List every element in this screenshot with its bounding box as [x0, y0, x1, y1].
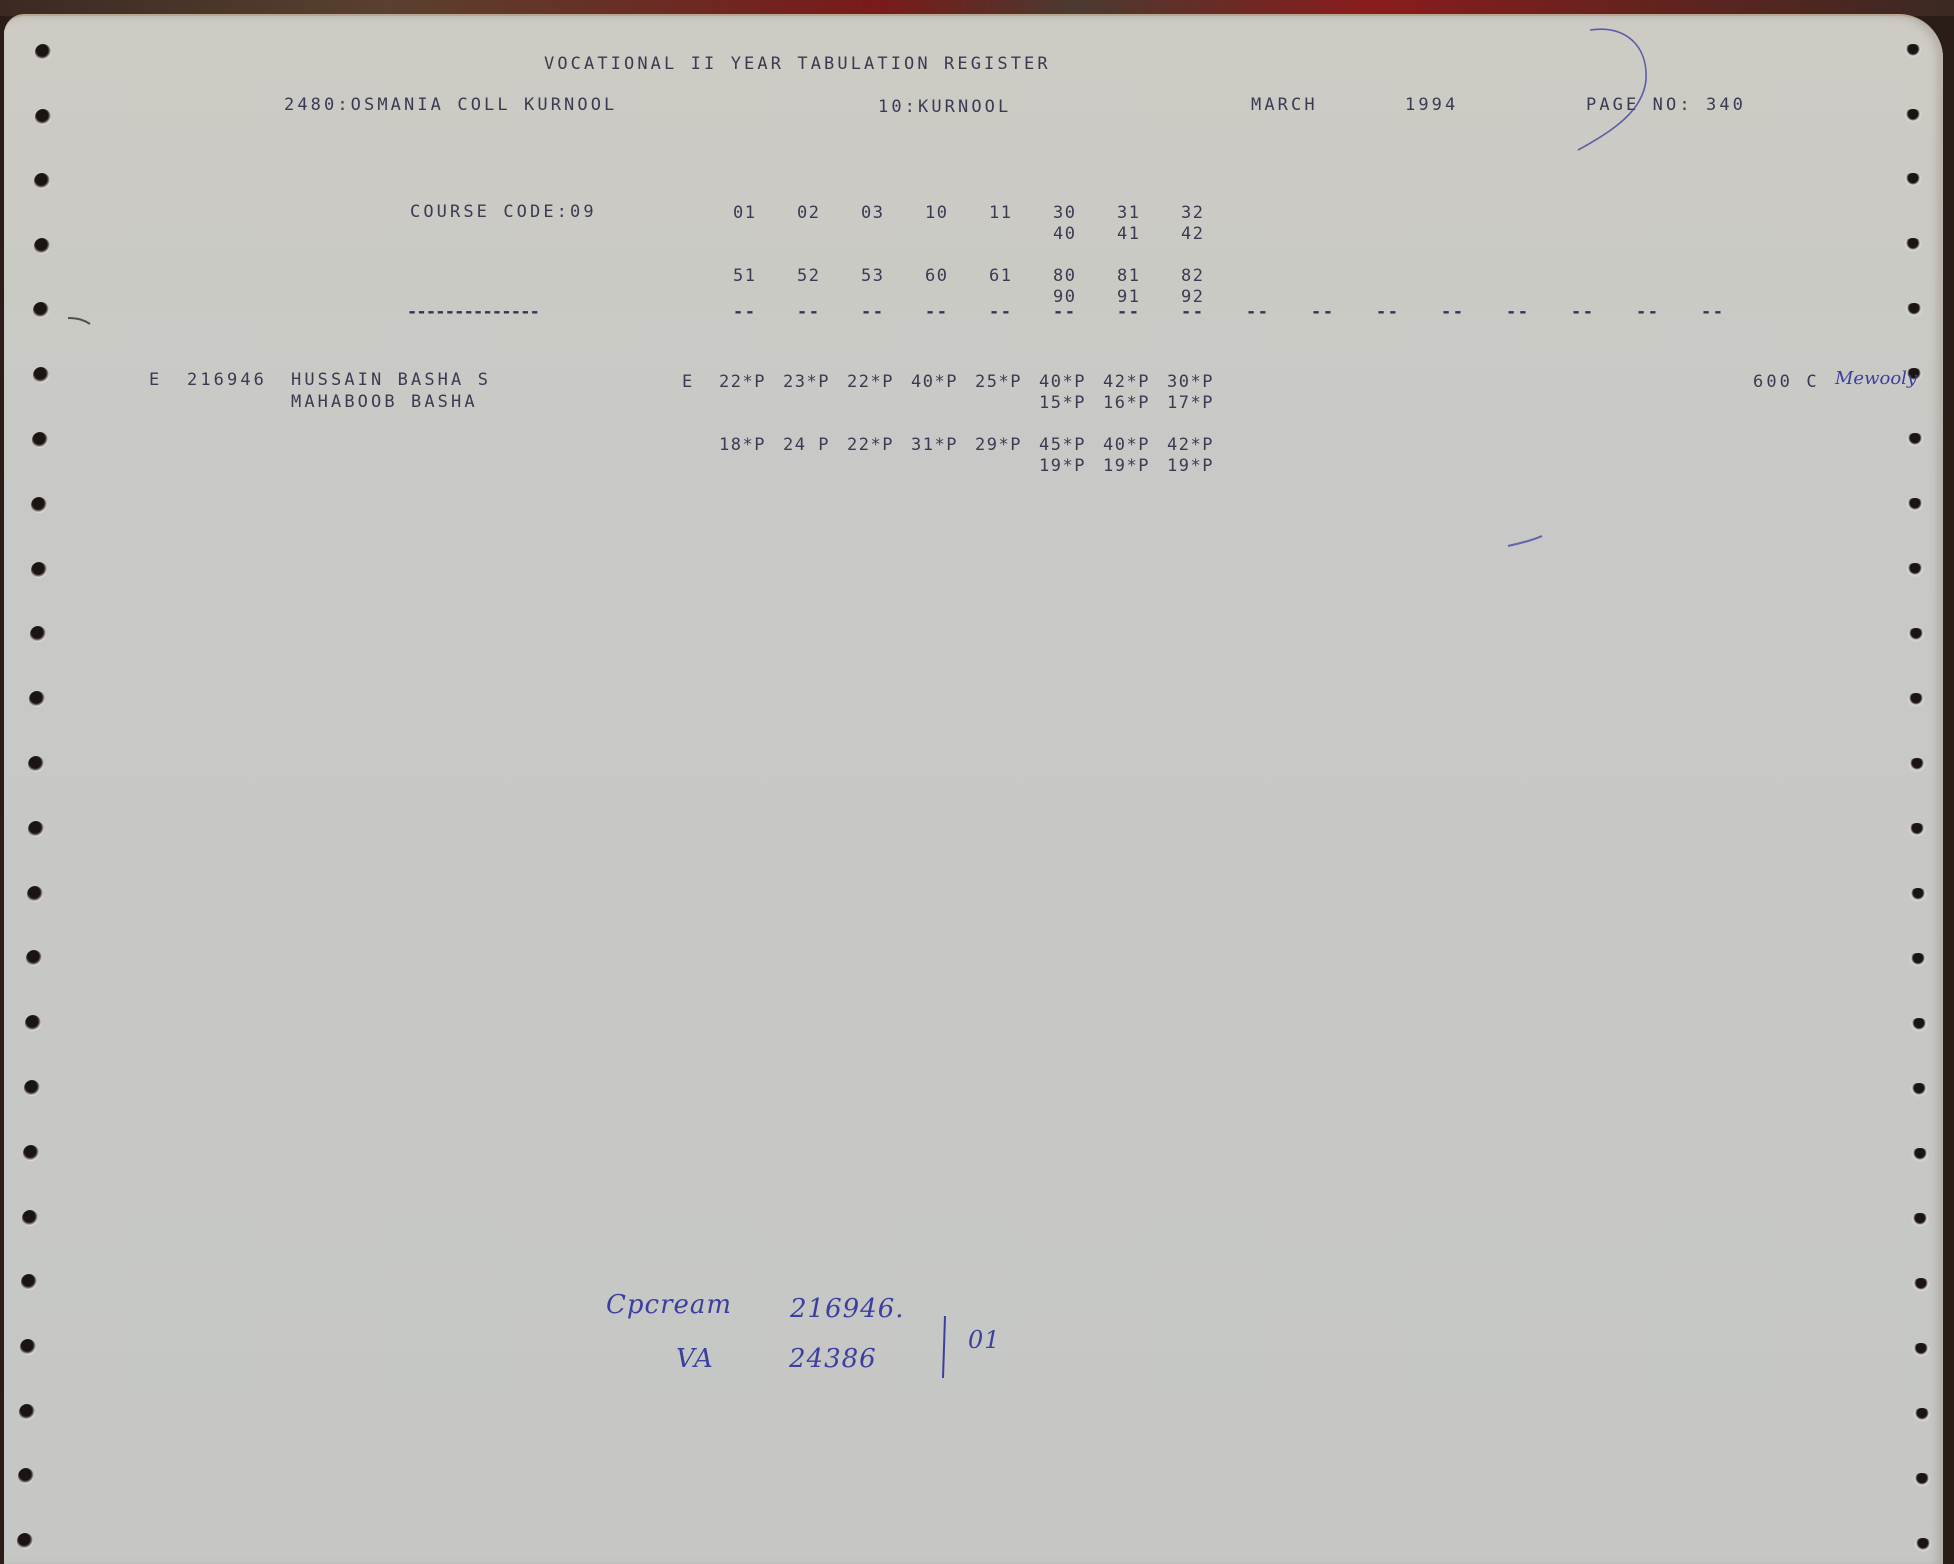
- tractor-hole-icon: [33, 367, 49, 383]
- tractor-hole-icon: [1907, 693, 1925, 707]
- page-number: PAGE NO: 340: [1586, 95, 1746, 115]
- tractor-hole-icon: [1912, 1278, 1930, 1292]
- tractor-hole-icon: [34, 173, 50, 189]
- note-line2-label: VA: [676, 1344, 714, 1374]
- tractor-hole-icon: [30, 626, 46, 642]
- exam-month: MARCH: [1251, 95, 1318, 115]
- tractor-hole-icon: [1904, 109, 1922, 123]
- subject-code: 52: [797, 266, 820, 286]
- subject-mark: 42*P: [1167, 435, 1214, 455]
- tractor-hole-icon: [35, 109, 51, 125]
- tractor-hole-icon: [22, 1210, 38, 1226]
- college-name: 2480:OSMANIA COLL KURNOOL: [284, 95, 617, 115]
- tractor-hole-icon: [1905, 303, 1923, 317]
- tractor-hole-icon: [29, 691, 45, 707]
- subject-mark: 19*P: [1103, 456, 1150, 476]
- subject-code: 11: [989, 203, 1012, 223]
- note-line2-value: 24386: [789, 1344, 877, 1374]
- handwritten-remark: Mewooly: [1835, 368, 1917, 389]
- tractor-hole-icon: [1904, 238, 1922, 252]
- subject-mark: 29*P: [975, 435, 1022, 455]
- subject-code: 53: [861, 266, 884, 286]
- tractor-hole-icon: [1911, 1213, 1929, 1227]
- subject-code: 60: [925, 266, 948, 286]
- tractor-hole-icon: [21, 1274, 37, 1290]
- tractor-hole-icon: [1913, 1408, 1931, 1422]
- subject-mark: 45*P: [1039, 435, 1086, 455]
- subject-mark: 25*P: [975, 372, 1022, 392]
- tractor-hole-icon: [35, 44, 51, 60]
- subject-code: 01: [733, 203, 756, 223]
- total-marks: 600 C: [1753, 372, 1820, 392]
- col-separator: --: [797, 302, 820, 322]
- col-separator: --: [1636, 302, 1659, 322]
- tractor-hole-icon: [28, 756, 44, 772]
- subject-mark: 31*P: [911, 435, 958, 455]
- col-separator: --: [1701, 302, 1724, 322]
- col-separator: --: [733, 302, 756, 322]
- subject-code: 80: [1053, 266, 1076, 286]
- subject-mark: 40*P: [911, 372, 958, 392]
- name-separator: --------------: [407, 302, 539, 322]
- col-separator: --: [861, 302, 884, 322]
- subject-code: 82: [1181, 266, 1204, 286]
- father-name: MAHABOOB BASHA: [291, 392, 478, 412]
- subject-code: 61: [989, 266, 1012, 286]
- tractor-hole-icon: [23, 1145, 39, 1161]
- medium-code: E: [149, 370, 162, 390]
- col-separator: --: [1053, 302, 1076, 322]
- subject-mark: 24 P: [783, 435, 830, 455]
- tractor-hole-icon: [27, 886, 43, 902]
- col-separator: --: [1311, 302, 1334, 322]
- subject-code: 42: [1181, 224, 1204, 244]
- note-line1-label: Cpcream: [606, 1290, 732, 1320]
- tractor-hole-icon: [26, 950, 42, 966]
- student-name: HUSSAIN BASHA S: [291, 370, 491, 390]
- tractor-hole-icon: [18, 1468, 34, 1484]
- course-code-label: COURSE CODE:09: [410, 202, 597, 222]
- subject-mark: 22*P: [847, 435, 894, 455]
- tractor-hole-icon: [1906, 433, 1924, 447]
- col-separator: --: [1506, 302, 1529, 322]
- tractor-hole-icon: [1908, 758, 1926, 772]
- subject-mark: 19*P: [1039, 456, 1086, 476]
- tractor-hole-icon: [31, 497, 47, 513]
- subject-mark: 23*P: [783, 372, 830, 392]
- subject-mark: 19*P: [1167, 456, 1214, 476]
- subject-code: 31: [1117, 203, 1140, 223]
- subject-mark: 17*P: [1167, 393, 1214, 413]
- exam-year: 1994: [1405, 95, 1458, 115]
- tractor-hole-icon: [28, 821, 44, 837]
- tractor-hole-icon: [1911, 1148, 1929, 1162]
- subject-mark: 22*P: [719, 372, 766, 392]
- tractor-hole-icon: [1908, 823, 1926, 837]
- tractor-hole-icon: [1909, 888, 1927, 902]
- subject-code: 02: [797, 203, 820, 223]
- register-title: VOCATIONAL II YEAR TABULATION REGISTER: [544, 54, 1051, 74]
- subject-code: 40: [1053, 224, 1076, 244]
- subject-code: 32: [1181, 203, 1204, 223]
- tractor-hole-icon: [1910, 1083, 1928, 1097]
- tractor-hole-icon: [20, 1339, 36, 1355]
- tractor-hole-icon: [1906, 498, 1924, 512]
- subject-code: 10: [925, 203, 948, 223]
- col-separator: --: [989, 302, 1012, 322]
- tractor-hole-icon: [31, 562, 47, 578]
- tractor-hole-icon: [19, 1404, 35, 1420]
- tractor-hole-icon: [1906, 563, 1924, 577]
- tractor-hole-icon: [1910, 1018, 1928, 1032]
- subject-code: 41: [1117, 224, 1140, 244]
- tractor-hole-icon: [34, 238, 50, 254]
- col-separator: --: [1117, 302, 1140, 322]
- subject-code: 03: [861, 203, 884, 223]
- district-name: 10:KURNOOL: [878, 97, 1011, 117]
- col-separator: --: [1376, 302, 1399, 322]
- col-separator: --: [1181, 302, 1204, 322]
- subject-mark: 18*P: [719, 435, 766, 455]
- tractor-hole-icon: [1914, 1538, 1932, 1552]
- tractor-hole-icon: [1909, 953, 1927, 967]
- subject-mark: 15*P: [1039, 393, 1086, 413]
- tractor-hole-icon: [24, 1080, 40, 1096]
- col-separator: --: [1571, 302, 1594, 322]
- tractor-hole-icon: [32, 432, 48, 448]
- subject-code: 30: [1053, 203, 1076, 223]
- hall-ticket-number: 216946: [187, 370, 267, 390]
- tractor-hole-icon: [1904, 173, 1922, 187]
- col-separator: --: [925, 302, 948, 322]
- tractor-hole-icon: [17, 1533, 33, 1549]
- subject-mark: 30*P: [1167, 372, 1214, 392]
- tractor-hole-icon: [33, 302, 49, 318]
- second-language-code: E: [682, 372, 695, 392]
- note-side-value: 01: [968, 1326, 1001, 1354]
- col-separator: --: [1441, 302, 1464, 322]
- subject-code: 51: [733, 266, 756, 286]
- note-line1-value: 216946.: [790, 1294, 905, 1324]
- subject-mark: 16*P: [1103, 393, 1150, 413]
- tractor-hole-icon: [25, 1015, 41, 1031]
- subject-mark: 22*P: [847, 372, 894, 392]
- tractor-hole-icon: [1912, 1343, 1930, 1357]
- subject-mark: 40*P: [1103, 435, 1150, 455]
- tractor-hole-icon: [1913, 1473, 1931, 1487]
- tractor-hole-icon: [1904, 44, 1922, 58]
- subject-mark: 40*P: [1039, 372, 1086, 392]
- tractor-hole-icon: [1907, 628, 1925, 642]
- col-separator: --: [1246, 302, 1269, 322]
- subject-mark: 42*P: [1103, 372, 1150, 392]
- subject-code: 81: [1117, 266, 1140, 286]
